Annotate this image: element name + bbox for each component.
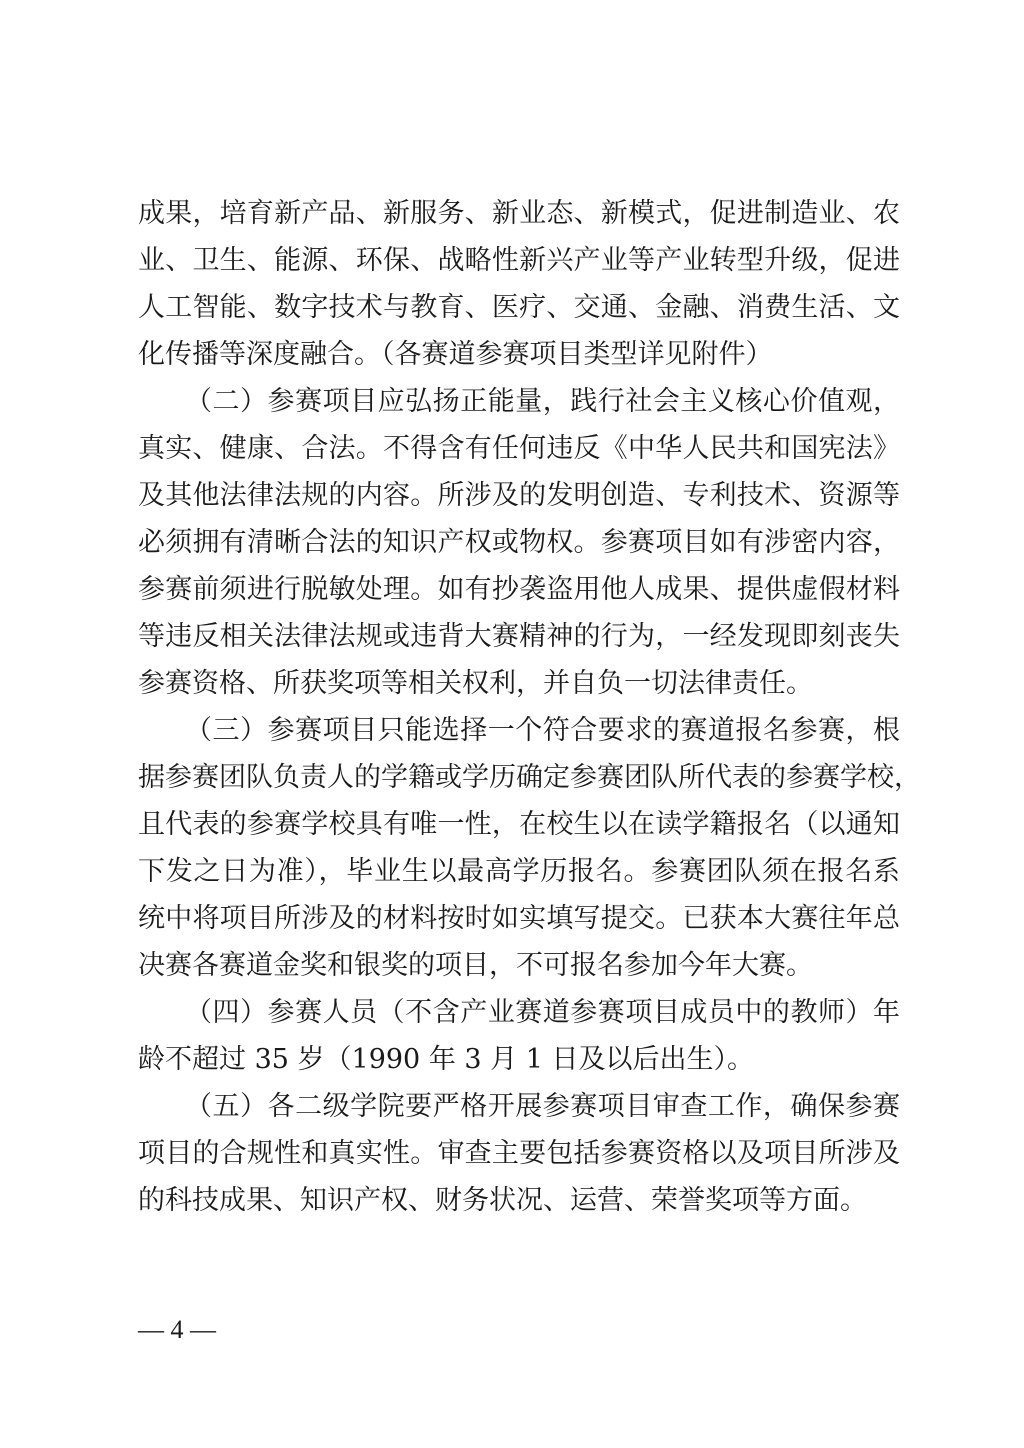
text-line: 决赛各赛道金奖和银奖的项目，不可报名参加今年大赛。: [138, 946, 900, 986]
text-line: 下发之日为准），毕业生以最高学历报名。参赛团队须在报名系: [138, 852, 900, 892]
text-line: 的科技成果、知识产权、财务状况、运营、荣誉奖项等方面。: [138, 1181, 900, 1221]
text-line: 参赛资格、所获奖项等相关权利，并自负一切法律责任。: [138, 664, 900, 704]
text-line: 成果，培育新产品、新服务、新业态、新模式，促进制造业、农: [138, 194, 900, 234]
text-line: 参赛前须进行脱敏处理。如有抄袭盗用他人成果、提供虚假材料: [138, 570, 900, 610]
text-line: 统中将项目所涉及的材料按时如实填写提交。已获本大赛往年总: [138, 899, 900, 939]
text-line: 项目的合规性和真实性。审查主要包括参赛资格以及项目所涉及: [138, 1134, 900, 1174]
text-line: 且代表的参赛学校具有唯一性，在校生以在读学籍报名（以通知: [138, 805, 900, 845]
paragraph-heading-line: （五）各二级学院要严格开展参赛项目审查工作，确保参赛: [185, 1087, 900, 1127]
text-line: 必须拥有清晰合法的知识产权或物权。参赛项目如有涉密内容，: [138, 523, 900, 563]
page-number: — 4 —: [138, 1312, 216, 1348]
text-line: 化传播等深度融合。（各赛道参赛项目类型详见附件）: [138, 335, 900, 375]
paragraph-heading-line: （二）参赛项目应弘扬正能量，践行社会主义核心价值观，: [185, 382, 900, 422]
text-line: 及其他法律法规的内容。所涉及的发明创造、专利技术、资源等: [138, 476, 900, 516]
text-line: 真实、健康、合法。不得含有任何违反《中华人民共和国宪法》: [138, 429, 900, 469]
text-line: 业、卫生、能源、环保、战略性新兴产业等产业转型升级，促进: [138, 241, 900, 281]
text-line: 据参赛团队负责人的学籍或学历确定参赛团队所代表的参赛学校，: [138, 758, 900, 798]
document-page: 成果，培育新产品、新服务、新业态、新模式，促进制造业、农 业、卫生、能源、环保、…: [0, 0, 1024, 1448]
text-line: 龄不超过 35 岁（1990 年 3 月 1 日及以后出生）。: [138, 1040, 900, 1080]
paragraph-heading-line: （三）参赛项目只能选择一个符合要求的赛道报名参赛，根: [185, 711, 900, 751]
text-line: 人工智能、数字技术与教育、医疗、交通、金融、消费生活、文: [138, 288, 900, 328]
text-line: 等违反相关法律法规或违背大赛精神的行为，一经发现即刻丧失: [138, 617, 900, 657]
paragraph-heading-line: （四）参赛人员（不含产业赛道参赛项目成员中的教师）年: [185, 993, 900, 1033]
